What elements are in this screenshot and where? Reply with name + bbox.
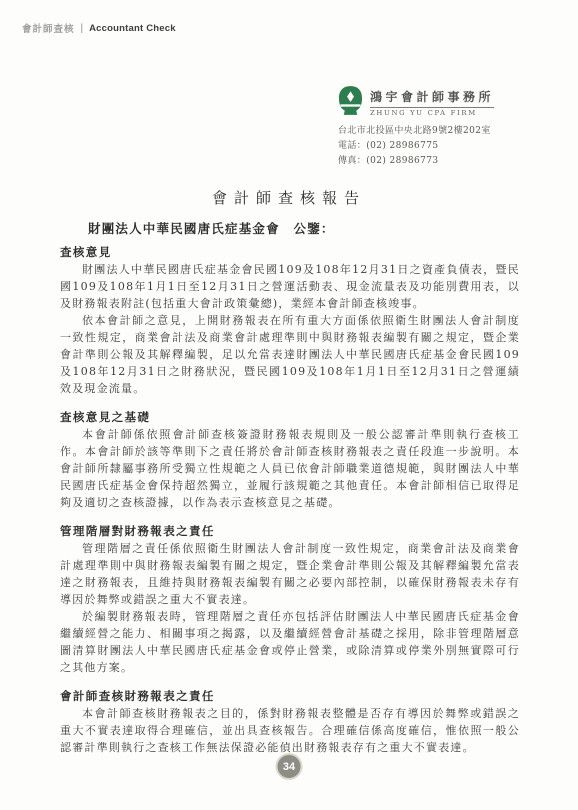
firm-contact-block: 台北市北投區中央北路9號2樓202室 電話：(02) 28986775 傳真：(… bbox=[338, 124, 553, 169]
section-management-responsibility: 管理階層對財務報表之責任 管理階層之責任係依照衛生財團法人會計制度一致性規定，商… bbox=[60, 523, 520, 676]
firm-identity-row: 鴻宇會計師事務所 ZHUNG YU CPA FIRM bbox=[338, 86, 553, 117]
page-number-badge: 34 bbox=[278, 755, 301, 778]
paragraph: 管理階層之責任係依照衛生財團法人會計制度一致性規定，商業會計法及商業會計處理準則… bbox=[60, 540, 520, 608]
section-audit-opinion: 查核意見 財團法人中華民國唐氏症基金會民國109及108年12月31日之資產負債… bbox=[60, 244, 520, 397]
firm-address: 台北市北投區中央北路9號2樓202室 bbox=[338, 124, 553, 139]
paragraph: 於編製財務報表時，管理階層之責任亦包括評估財團法人中華民國唐氏症基金會繼續經營之… bbox=[60, 608, 520, 676]
section-heading-auditor-responsibility: 會計師查核財務報表之責任 bbox=[60, 688, 520, 705]
section-heading-audit-opinion: 查核意見 bbox=[60, 244, 520, 261]
firm-name-en: ZHUNG YU CPA FIRM bbox=[370, 107, 494, 117]
firm-names: 鴻宇會計師事務所 ZHUNG YU CPA FIRM bbox=[370, 86, 494, 117]
section-heading-basis-of-opinion: 查核意見之基礎 bbox=[60, 409, 520, 426]
paragraph: 本會計師係依照會計師查核簽證財務報表規則及一般公認審計準則執行查核工作。本會計師… bbox=[60, 426, 520, 511]
firm-fax-label: 傳真： bbox=[338, 156, 366, 166]
firm-phone-number: (02) 28986775 bbox=[366, 141, 438, 151]
firm-fax: 傳真：(02) 28986773 bbox=[338, 154, 553, 169]
paragraph: 依本會計師之意見，上開財務報表在所有重大方面係依照衛生財團法人會計制度一致性規定… bbox=[60, 312, 520, 397]
paragraph: 財團法人中華民國唐氏症基金會民國109及108年12月31日之資產負債表，暨民國… bbox=[60, 261, 520, 312]
section-heading-management-responsibility: 管理階層對財務報表之責任 bbox=[60, 523, 520, 540]
section-basis-of-opinion: 查核意見之基礎 本會計師係依照會計師查核簽證財務報表規則及一般公認審計準則執行查… bbox=[60, 409, 520, 511]
firm-name-zh: 鴻宇會計師事務所 bbox=[370, 88, 494, 105]
firm-logo-icon bbox=[338, 86, 363, 115]
report-body: 查核意見 財團法人中華民國唐氏症基金會民國109及108年12月31日之資產負債… bbox=[60, 244, 520, 768]
firm-fax-number: (02) 28986773 bbox=[366, 156, 438, 166]
section-auditor-responsibility: 會計師查核財務報表之責任 本會計師查核財務報表之目的，係對財務報表整體是否存有導… bbox=[60, 688, 520, 756]
paragraph: 本會計師查核財務報表之目的，係對財務報表整體是否存有導因於舞弊或錯誤之重大不實表… bbox=[60, 705, 520, 756]
firm-phone-label: 電話： bbox=[338, 141, 366, 151]
firm-phone: 電話：(02) 28986775 bbox=[338, 139, 553, 154]
addressee-line: 財團法人中華民國唐氏症基金會 公鑒： bbox=[88, 219, 335, 237]
header-divider: | bbox=[81, 23, 84, 34]
page-header: 會計師查核 | Accountant Check bbox=[22, 21, 176, 35]
header-title-en: Accountant Check bbox=[89, 23, 176, 34]
firm-letterhead: 鴻宇會計師事務所 ZHUNG YU CPA FIRM 台北市北投區中央北路9號2… bbox=[338, 86, 553, 169]
report-title: 會計師查核報告 bbox=[0, 187, 578, 208]
header-title-zh: 會計師查核 bbox=[22, 21, 75, 35]
